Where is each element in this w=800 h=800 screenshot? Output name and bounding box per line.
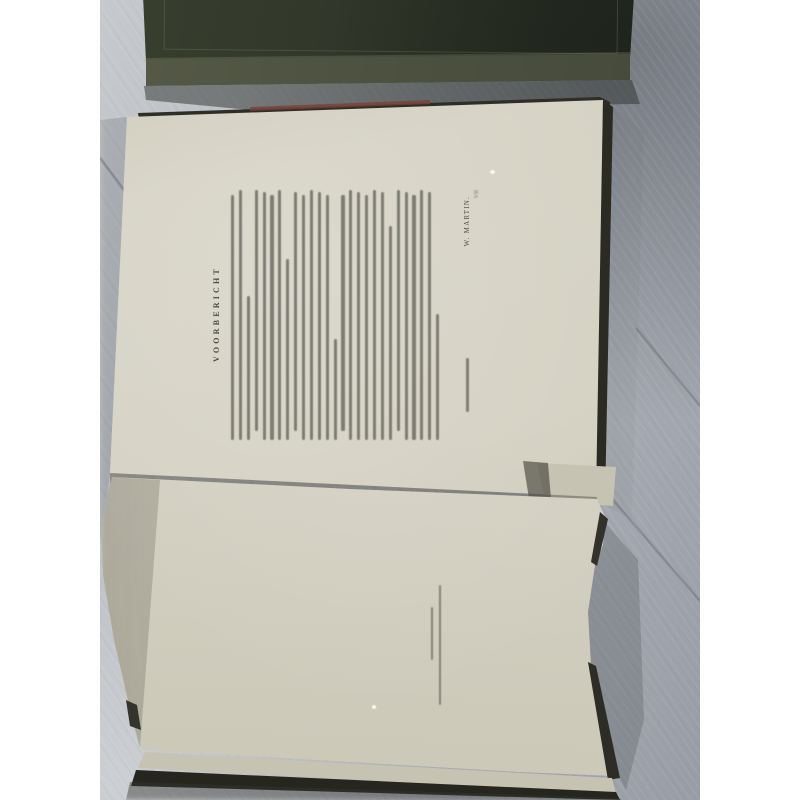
illegible-text-line (428, 192, 431, 440)
illegible-text-line (263, 192, 266, 440)
illegible-text-line (341, 195, 344, 431)
illegible-text-line (286, 259, 289, 440)
illegible-text-line (412, 195, 415, 440)
dust-speck (372, 705, 376, 709)
photo-canvas: VOORBERICHT W. MARTIN. VII (0, 0, 800, 800)
illegible-text-line (231, 195, 234, 440)
illegible-text-line (270, 195, 273, 440)
illegible-text-line (397, 190, 400, 431)
preface-signature: W. MARTIN. (463, 196, 471, 246)
illegible-text-line (436, 314, 439, 440)
illegible-text-line (302, 195, 305, 440)
dust-speck (490, 170, 495, 174)
cover-frame-line (164, 0, 619, 54)
illegible-text-line (334, 339, 337, 440)
illegible-text-line (318, 192, 321, 440)
illegible-text-line (278, 190, 281, 440)
colophon-line-illegible (431, 607, 433, 660)
illegible-text-line (405, 192, 408, 440)
illegible-text-line (365, 195, 368, 440)
book-photo: VOORBERICHT W. MARTIN. VII (100, 0, 700, 800)
preface-heading: VOORBERICHT (212, 188, 222, 440)
illegible-text-line (294, 192, 297, 431)
illegible-text-line (373, 190, 376, 440)
illegible-text-line (381, 192, 384, 440)
illegible-text-line (389, 226, 392, 440)
illegible-text-line (255, 190, 258, 431)
preface-text-block: VOORBERICHT W. MARTIN. VII (212, 188, 502, 440)
illegible-text-line (247, 296, 250, 440)
date-signature-row: W. MARTIN. (463, 188, 471, 440)
page-number: VII (474, 190, 480, 440)
colophon-line-illegible (439, 585, 441, 705)
illegible-text-line (326, 195, 329, 440)
illegible-text-line (357, 192, 360, 440)
illegible-text-line (310, 190, 313, 440)
illegible-text-line (420, 190, 423, 440)
preface-paragraphs (231, 188, 439, 440)
illegible-text-line (239, 190, 242, 440)
date-line-illegible (466, 358, 469, 412)
colophon-block (425, 580, 447, 710)
illegible-text-line (349, 190, 352, 440)
